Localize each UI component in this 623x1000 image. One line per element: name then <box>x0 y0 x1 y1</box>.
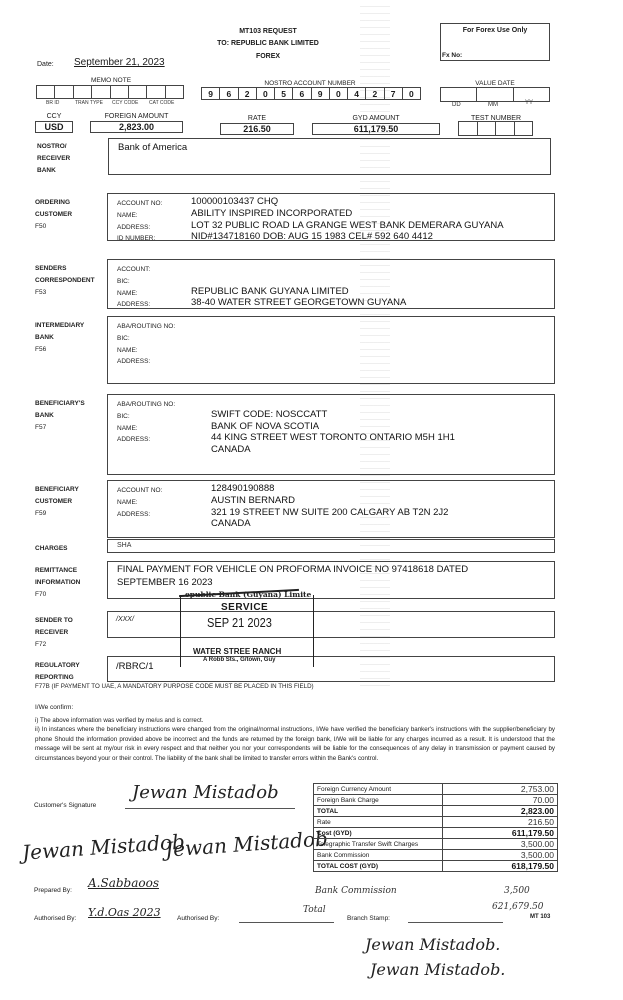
field-label: ADDRESS: <box>117 299 150 311</box>
service-stamp: epublic Bank (Guyana) Limite SERVICE SEP… <box>180 595 314 667</box>
charges-label: CHARGES <box>35 543 68 555</box>
field-value: 44 KING STREET WEST TORONTO ONTARIO M5H … <box>211 432 455 444</box>
rate-field[interactable]: 216.50 <box>220 123 294 135</box>
field-label: BIC: <box>117 276 130 288</box>
memo-note-cells[interactable] <box>36 85 184 99</box>
field-label: ADDRESS: <box>117 434 150 446</box>
confirm-item-ii: ii) In instances where the beneficiary i… <box>35 725 555 763</box>
remittance-line-2: SEPTEMBER 16 2023 <box>117 577 554 589</box>
summary-row: TOTAL COST (GYD)618,179.50 <box>314 861 558 872</box>
nostro-bank-field[interactable]: Bank of America <box>108 138 551 175</box>
sender-to-receiver-label: SENDER TORECEIVERF72 <box>35 615 73 651</box>
nostro-digit: 9 <box>311 87 329 100</box>
handwritten-commission-value: 3,500 <box>504 886 530 896</box>
summary-row: TOTAL2,823.00 <box>314 806 558 817</box>
forex-box-title: For Forex Use Only <box>441 27 549 34</box>
summary-value: 611,179.50 <box>443 828 558 839</box>
summary-label: Bank Commission <box>314 850 443 861</box>
handwritten-total-value: 621,679.50 <box>492 902 544 912</box>
form-title: MT103 REQUEST <box>178 28 358 35</box>
summary-value: 2,753.00 <box>443 784 558 795</box>
field-value: LOT 32 PUBLIC ROAD LA GRANGE WEST BANK D… <box>191 220 504 232</box>
value-date-label: VALUE DATE <box>440 80 550 87</box>
field-value: CANADA <box>211 518 251 530</box>
field-value: CANADA <box>211 444 251 456</box>
nostro-bank-label: NOSTRO/RECEIVERBANK <box>37 141 70 177</box>
handwritten-total-label: Total <box>303 905 326 915</box>
field-label: ADDRESS: <box>117 222 150 234</box>
customer-signature-line <box>125 808 295 809</box>
field-value: 321 19 STREET NW SUITE 200 CALGARY AB T2… <box>211 507 448 519</box>
field-value: NID#134718160 DOB: AUG 15 1983 CEL# 592 … <box>191 231 433 243</box>
field-label: BIC: <box>117 411 130 423</box>
summary-value: 70.00 <box>443 795 558 806</box>
value-date-mm: MM <box>488 102 498 108</box>
memo-br-id: BR ID <box>46 100 59 106</box>
remittance-field[interactable]: FINAL PAYMENT FOR VEHICLE ON PROFORMA IN… <box>107 561 555 599</box>
regulatory-field[interactable]: /RBRC/1 <box>107 656 555 682</box>
intermediary-bank-label: INTERMEDIARYBANKF56 <box>35 320 84 356</box>
summary-value: 618,179.50 <box>443 861 558 872</box>
summary-row: Bank Commission3,500.00 <box>314 850 558 861</box>
field-value: SWIFT CODE: NOSCCATT <box>211 409 327 421</box>
foreign-amount-field[interactable]: 2,823.00 <box>90 121 183 133</box>
summary-row: Cost (GYD)611,179.50 <box>314 828 558 839</box>
field-label: ADDRESS: <box>117 509 150 521</box>
date-label: Date: <box>37 61 54 68</box>
charges-value: SHA <box>117 542 554 549</box>
nostro-digit: 6 <box>292 87 310 100</box>
summary-label: TOTAL COST (GYD) <box>314 861 443 872</box>
field-value: 100000103437 CHQ <box>191 196 278 208</box>
value-date-cells[interactable] <box>440 87 550 102</box>
prepared-by-label: Prepared By: <box>34 887 72 894</box>
beneficiary-customer-label: BENEFICIARYCUSTOMERF59 <box>35 484 79 520</box>
summary-label: TOTAL <box>314 806 443 817</box>
summary-label: Foreign Currency Amount <box>314 784 443 795</box>
summary-value: 3,500.00 <box>443 839 558 850</box>
nostro-digit: 5 <box>274 87 292 100</box>
extra-signature-1: Jewan Mistadob <box>21 829 185 864</box>
prepared-by-signature[interactable]: A.Sabbaoos <box>88 876 159 890</box>
form-department: FOREX <box>178 53 358 60</box>
stamp-bank-name: epublic Bank (Guyana) Limite <box>185 590 311 599</box>
nostro-digit: 0 <box>402 87 421 100</box>
field-label: ACCOUNT NO: <box>117 485 162 497</box>
test-number-cells[interactable] <box>458 121 533 136</box>
field-label: NAME: <box>117 288 138 300</box>
ccy-field[interactable]: USD <box>35 121 73 133</box>
value-date-yy: YY <box>525 100 533 106</box>
summary-row: Telegraphic Transfer Swift Charges3,500.… <box>314 839 558 850</box>
customer-signature[interactable]: Jewan Mistadob <box>132 782 279 803</box>
summary-row: Foreign Bank Charge70.00 <box>314 795 558 806</box>
fx-no-label: Fx No: <box>442 52 462 59</box>
nostro-digit: 2 <box>238 87 256 100</box>
field-value: REPUBLIC BANK GUYANA LIMITED <box>191 286 349 298</box>
nostro-digit: 0 <box>329 87 347 100</box>
senders-correspondent-label: SENDERSCORRESPONDENTF53 <box>35 263 95 299</box>
field-label: ACCOUNT: <box>117 264 150 276</box>
field-label: ID NUMBER: <box>117 233 155 245</box>
field-label: NAME: <box>117 345 138 357</box>
beneficiary-bank-label: BENEFICIARY'SBANKF57 <box>35 398 85 434</box>
branch-stamp-line[interactable] <box>408 922 503 923</box>
field-label: NAME: <box>117 423 138 435</box>
nostro-bank-value: Bank of America <box>118 142 550 154</box>
customer-signature-label: Customer's Signature <box>34 802 96 809</box>
summary-value: 216.50 <box>443 817 558 828</box>
summary-row: Foreign Currency Amount2,753.00 <box>314 784 558 795</box>
summary-label: Rate <box>314 817 443 828</box>
summary-row: Rate216.50 <box>314 817 558 828</box>
remittance-label: REMITTANCEINFORMATIONF70 <box>35 565 80 601</box>
remittance-line-1: FINAL PAYMENT FOR VEHICLE ON PROFORMA IN… <box>117 564 554 576</box>
confirm-item-i: i) The above information was verified by… <box>35 716 555 725</box>
ordering-customer-block: ACCOUNT NO:100000103437 CHQNAME:ABILITY … <box>107 193 555 241</box>
memo-cat-code: CAT CODE <box>149 100 174 106</box>
ordering-customer-label: ORDERINGCUSTOMERF50 <box>35 197 72 233</box>
rate-label: RATE <box>220 115 294 122</box>
nostro-digit: 6 <box>219 87 237 100</box>
form-recipient: TO: REPUBLIC BANK LIMITED <box>178 40 358 47</box>
field-value: 128490190888 <box>211 483 274 495</box>
memo-tran-type: TRAN TYPE <box>75 100 103 106</box>
form-id: MT 103 <box>530 914 550 920</box>
scan-noise <box>360 0 390 690</box>
beneficiary-bank-block: ABA/ROUTING NO:BIC:SWIFT CODE: NOSCCATTN… <box>107 394 555 475</box>
summary-label: Foreign Bank Charge <box>314 795 443 806</box>
ccy-label: CCY <box>35 113 73 120</box>
field-label: NAME: <box>117 210 138 222</box>
regulatory-note: F77B (IF PAYMENT TO UAE, A MANDATORY PUR… <box>35 683 314 690</box>
intermediary-bank-block: ABA/ROUTING NO:BIC:NAME:ADDRESS: <box>107 316 555 384</box>
bottom-signature-1: Jewan Mistadob. <box>365 935 500 954</box>
value-date-dd: DD <box>452 102 461 108</box>
field-label: ADDRESS: <box>117 356 150 368</box>
summary-label: Telegraphic Transfer Swift Charges <box>314 839 443 850</box>
date-value[interactable]: September 21, 2023 <box>74 57 165 68</box>
authorised-by-label-2: Authorised By: <box>177 915 219 922</box>
nostro-digit: 9 <box>201 87 219 100</box>
sender-to-receiver-field[interactable]: /XXX/ <box>107 611 555 638</box>
summary-value: 2,823.00 <box>443 806 558 817</box>
field-value: BANK OF NOVA SCOTIA <box>211 421 319 433</box>
authorised-by-line-2[interactable] <box>239 922 334 923</box>
confirm-text: i) The above information was verified by… <box>35 716 555 763</box>
cost-summary-table: Foreign Currency Amount2,753.00Foreign B… <box>313 783 558 872</box>
senders-correspondent-block: ACCOUNT:BIC:NAME:REPUBLIC BANK GUYANA LI… <box>107 259 555 309</box>
branch-stamp-label: Branch Stamp: <box>347 915 390 922</box>
bottom-signature-2: Jewan Mistadob. <box>370 960 505 979</box>
field-label: NAME: <box>117 497 138 509</box>
extra-signature-2: Jewan Mistadob <box>164 826 328 861</box>
summary-label: Cost (GYD) <box>314 828 443 839</box>
handwritten-commission-label: Bank Commission <box>315 886 397 896</box>
stamp-title: SERVICE <box>221 602 268 613</box>
foreign-amount-label: FOREIGN AMOUNT <box>90 113 183 120</box>
stamp-address: A Robb Sts., G/town, Guy <box>203 657 275 663</box>
field-label: ABA/ROUTING NO: <box>117 321 175 333</box>
field-label: ACCOUNT NO: <box>117 198 162 210</box>
authorised-by-label-1: Authorised By: <box>34 915 76 922</box>
field-label: ABA/ROUTING NO: <box>117 399 175 411</box>
field-value: AUSTIN BERNARD <box>211 495 295 507</box>
memo-ccy-code: CCY CODE <box>112 100 138 106</box>
beneficiary-customer-block: ACCOUNT NO:128490190888NAME:AUSTIN BERNA… <box>107 480 555 538</box>
forex-use-box: For Forex Use Only Fx No: <box>440 23 550 61</box>
regulatory-label: REGULATORYREPORTING <box>35 660 80 684</box>
summary-value: 3,500.00 <box>443 850 558 861</box>
memo-note-label: MEMO NOTE <box>36 77 186 84</box>
confirm-heading: I/We confirm: <box>35 704 73 711</box>
charges-field[interactable]: SHA <box>107 539 555 553</box>
field-value: ABILITY INSPIRED INCORPORATED <box>191 208 352 220</box>
stamp-date: SEP 21 2023 <box>207 615 272 630</box>
field-label: BIC: <box>117 333 130 345</box>
authorised-by-signature-1[interactable]: Y.d.Oas 2023 <box>88 906 161 919</box>
nostro-digit: 0 <box>256 87 274 100</box>
stamp-branch: WATER STREE RANCH <box>193 647 281 656</box>
